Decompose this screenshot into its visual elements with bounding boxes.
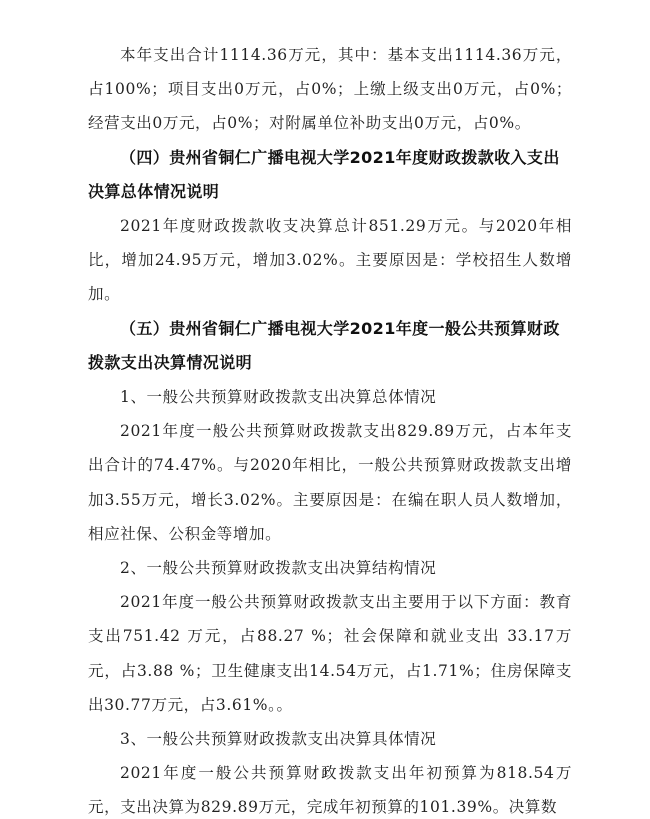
heading-section-4: （四）贵州省铜仁广播电视大学2021年度财政拨款收入支出决算总体情况说明 <box>88 141 572 209</box>
paragraph-expenditure-summary: 本年支出合计1114.36万元，其中：基本支出1114.36万元，占100%；项… <box>88 38 572 141</box>
subheading-1: 1、一般公共预算财政拨款支出决算总体情况 <box>88 380 572 414</box>
subheading-2: 2、一般公共预算财政拨款支出决算结构情况 <box>88 551 572 585</box>
paragraph-general-budget-detail: 2021年度一般公共预算财政拨款支出年初预算为818.54万元，支出决算为829… <box>88 756 572 819</box>
document-page: 本年支出合计1114.36万元，其中：基本支出1114.36万元，占100%；项… <box>88 38 572 819</box>
paragraph-fiscal-total: 2021年度财政拨款收支决算总计851.29万元。与2020年相比，增加24.9… <box>88 209 572 312</box>
heading-section-5: （五）贵州省铜仁广播电视大学2021年度一般公共预算财政拨款支出决算情况说明 <box>88 312 572 380</box>
paragraph-general-budget-overall: 2021年度一般公共预算财政拨款支出829.89万元，占本年支出合计的74.47… <box>88 414 572 551</box>
page-number: 5 <box>0 768 650 778</box>
subheading-3: 3、一般公共预算财政拨款支出决算具体情况 <box>88 722 572 756</box>
paragraph-general-budget-structure: 2021年度一般公共预算财政拨款支出主要用于以下方面：教育支出751.42 万元… <box>88 585 572 722</box>
